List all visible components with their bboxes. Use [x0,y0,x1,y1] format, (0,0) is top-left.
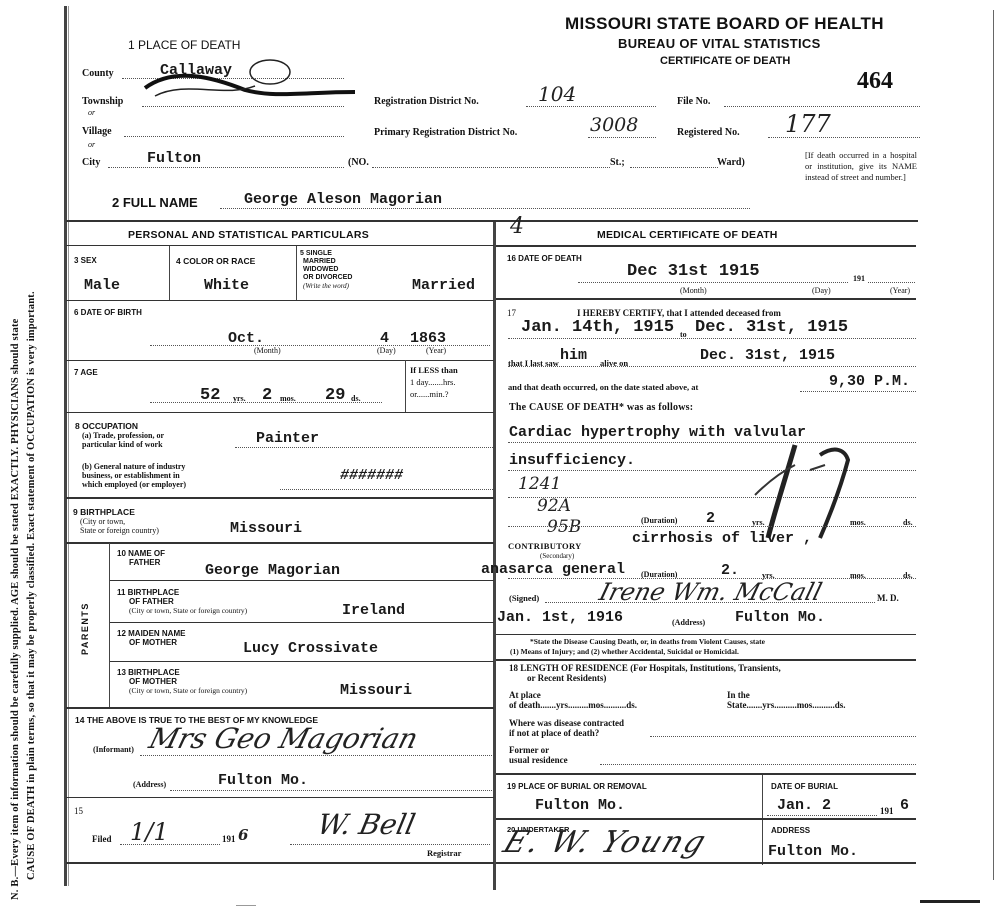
county-label: County [82,68,114,79]
registration-district-line [526,106,656,107]
file-no-label: File No. [677,96,710,107]
margin-mark: 4 [510,214,524,239]
certify-number: 17 [507,308,516,318]
occupation-a-label: (a) Trade, profession, or particular kin… [82,431,164,449]
primary-registration-value: 3008 [590,114,638,136]
month-hint: (Month) [680,286,707,295]
registered-no-value: 177 [785,110,831,138]
duration-years-unit: yrs. [752,518,765,527]
age-days: 29 [325,386,345,405]
occupation-b-line-3: which employed (or employer) [82,480,186,489]
occupation-label: 8 OCCUPATION [75,421,138,431]
mother-birthplace-hint: (City or town, State or foreign country) [117,686,247,695]
divider [496,298,916,300]
cause-label: The CAUSE OF DEATH* was as follows: [509,402,693,413]
contributory-value-2: anasarca general [481,561,625,578]
occupation-b-line [280,489,493,490]
month-hint: (Month) [254,346,281,355]
mother-name-label-2: OF MOTHER [117,638,185,647]
duration-label: (Duration) [641,516,677,525]
mother-birthplace-value: Missouri [340,682,412,699]
divider [496,862,916,864]
date-of-death-value: Dec 31st 1915 [627,262,760,281]
disease-contracted-field: Where was disease contracted if not at p… [509,718,624,738]
undertaker-signature: E. W. Young [499,825,712,860]
informant-address-line [170,790,492,791]
age-months: 2 [262,386,272,405]
birthplace-label: 9 BIRTHPLACE [73,507,135,517]
attended-from-value: Jan. 14th, 1915 [521,318,674,337]
primary-registration-label: Primary Registration District No. [374,127,517,138]
registrar-label: Registrar [427,848,461,858]
filing-number: 15 [74,806,83,816]
divider [66,220,918,222]
year-hint: (Year) [426,346,446,355]
age-years: 52 [200,386,220,405]
signed-date-value: Jan. 1st, 1916 [497,609,623,626]
classification-code-1: 1241 [518,474,561,494]
marital-option-single: 5 SINGLE [300,250,352,258]
marital-option-married: MARRIED [300,258,352,266]
cause-footnote: *State the Disease Causing Death, or, in… [510,637,765,657]
dob-month: Oct. [228,330,264,347]
duration-days-unit: ds. [903,518,913,527]
residence-label: 18 LENGTH OF RESIDENCE (For Hospitals, I… [509,663,781,683]
divider [496,245,916,247]
divider [496,818,916,820]
informant-line [140,755,492,756]
former-residence-line [600,764,916,765]
marital-hint: (Write the word) [300,282,352,290]
burial-place-value: Fulton Mo. [535,797,625,814]
father-birthplace-label-1: 11 BIRTHPLACE [117,588,247,597]
burial-year-prefix: 191 [880,806,894,816]
filed-date-value: 1/1 [130,818,169,846]
divider [169,246,170,300]
filed-year-prefix: 191 [222,834,236,844]
parents-divider [109,543,110,707]
dob-day: 4 [380,330,389,347]
divider [66,797,494,798]
divider [762,775,763,865]
date-of-death-line [578,282,848,283]
registration-district-value: 104 [538,82,576,106]
father-name-label-2: FATHER [117,558,165,567]
street-line [372,167,610,168]
physician-address-label: (Address) [672,618,705,627]
divider [110,580,494,581]
father-name-label-1: 10 NAME OF [117,549,165,558]
street-no-label: (NO. [348,157,369,168]
marital-option-widowed: WIDOWED [300,266,352,274]
secondary-hint: (Secondary) [540,552,574,560]
divider [66,412,494,413]
classification-code-3: 95B [547,517,581,537]
at-place-label-2: of death.......yrs.........mos..........… [509,700,637,710]
registrar-signature: W. Bell [314,808,418,841]
informant-address-label: (Address) [133,780,166,789]
registration-district-label: Registration District No. [374,96,479,107]
cause-value-2: insufficiency. [509,452,635,469]
mother-birthplace-label-2: OF MOTHER [117,677,247,686]
informant-address-value: Fulton Mo. [218,772,308,789]
death-time-line [800,391,916,392]
city-line [108,167,344,168]
year-hint: (Year) [890,286,910,295]
months-unit: mos. [280,394,296,403]
attended-line [508,338,916,339]
in-state-field: In the State.......yrs..........mos.....… [727,690,846,710]
divider [110,622,494,623]
duration-months-unit: mos. [850,518,866,527]
less-than-label: If LESS than [410,364,458,376]
duration-days-unit: ds. [903,571,913,580]
divider [405,360,406,412]
md-label: M. D. [877,593,899,603]
minutes-label: or......min.? [410,388,458,400]
age-label: 7 AGE [74,368,98,377]
filed-year-suffix: 6 [238,826,248,844]
certificate-number: 464 [857,68,893,95]
full-name-value: George Aleson Magorian [244,191,442,208]
township-label: Township [82,96,123,107]
disease-contracted-line [650,736,916,737]
father-name-value: George Magorian [205,562,340,579]
burial-date-value: Jan. 2 [777,797,831,814]
day-hint: (Day) [377,346,396,355]
mother-name-label: 12 MAIDEN NAME OF MOTHER [117,629,185,647]
at-place-label-1: At place [509,690,637,700]
place-of-death-heading: 1 PLACE OF DEATH [128,38,240,52]
death-occurred-text: and that death occurred, on the date sta… [508,382,698,392]
attended-to-value: Dec. 31st, 1915 [695,318,848,337]
duration-value-2: 2. [721,562,739,579]
in-state-label-2: State.......yrs..........mos..........ds… [727,700,846,710]
death-year-line [868,282,915,283]
informant-signature: Mrs Geo Magorian [146,722,422,755]
former-residence-label-1: Former or [509,745,568,755]
parents-label: PARENTS [80,602,90,655]
or-text: or [88,140,95,149]
divider [66,245,494,246]
form-left-border [64,6,67,886]
registrar-line [290,844,490,845]
divider [66,707,494,709]
divider [296,246,297,300]
ward-line [630,167,718,168]
birthplace-hint-1: (City or town, [80,517,159,526]
informant-label: (Informant) [93,745,134,754]
hospital-note: [If death occurred in a hospital or inst… [805,150,917,183]
sex-label: 3 SEX [74,256,97,265]
duration-months-unit: mos. [850,571,866,580]
alive-on-label: alive on [600,358,628,368]
board-title: MISSOURI STATE BOARD OF HEALTH [565,14,884,34]
to-label: to [680,330,687,339]
ward-label: Ward) [717,157,745,168]
dob-year: 1863 [410,330,446,347]
at-place-of-death-field: At place of death.......yrs.........mos.… [509,690,637,710]
occupation-a-line-1: (a) Trade, profession, or [82,431,164,440]
center-divider [493,222,496,890]
cause-value-1: Cardiac hypertrophy with valvular [509,424,806,441]
township-line [142,106,344,107]
form-left-border-inner [68,6,69,886]
day-hint: (Day) [812,286,831,295]
birthplace-hint: (City or town, State or foreign country) [80,517,159,535]
mother-birthplace-label: 13 BIRTHPLACE OF MOTHER (City or town, S… [117,668,247,695]
document-title: CERTIFICATE OF DEATH [660,55,790,67]
county-scribble-mark [135,58,365,108]
side-instructions: N. B.—Every item of information should b… [6,20,46,910]
where-contracted-label-1: Where was disease contracted [509,718,624,728]
date-of-death-label: 16 DATE OF DEATH [507,254,582,263]
scan-artifact [920,900,980,903]
city-label: City [82,157,100,168]
occupation-b-label: (b) General nature of industry business,… [82,462,186,489]
form-right-border [993,10,994,880]
street-label: St.; [610,157,625,168]
race-value: White [204,277,249,294]
classification-code-2: 92A [537,496,571,516]
dob-label: 6 DATE OF BIRTH [74,308,142,317]
father-birthplace-hint: (City or town, State or foreign country) [117,606,247,615]
mother-name-label-1: 12 MAIDEN NAME [117,629,185,638]
divider [66,542,494,544]
divider [66,497,494,499]
certify-text: I HEREBY CERTIFY, that I attended deceas… [577,308,781,318]
divider [496,773,916,775]
last-saw-line [508,366,916,367]
marital-status-label: 5 SINGLE MARRIED WIDOWED OR DIVORCED (Wr… [300,250,352,290]
death-year-prefix: 191 [853,274,865,283]
occupation-a-value: Painter [256,430,319,447]
less-than-day-field: If LESS than 1 day.......hrs. or......mi… [410,364,458,400]
duration-value-1: 2 [706,510,715,527]
father-birthplace-value: Ireland [342,602,405,619]
registered-no-label: Registered No. [677,127,740,138]
mother-birthplace-label-1: 13 BIRTHPLACE [117,668,247,677]
birthplace-hint-2: State or foreign country) [80,526,159,535]
divider [66,360,494,361]
city-value: Fulton [147,150,201,167]
scan-artifact [236,905,256,906]
father-birthplace-label-2: OF FATHER [117,597,247,606]
side-instruction-line-1: N. B.—Every item of information should b… [10,318,21,900]
former-residence-label-2: usual residence [509,755,568,765]
years-unit: yrs. [233,394,246,403]
bureau-title: BUREAU OF VITAL STATISTICS [618,36,821,51]
divider [66,300,494,301]
sex-value: Male [84,277,120,294]
where-contracted-label-2: if not at place of death? [509,728,624,738]
marital-status-value: Married [412,277,475,294]
filed-label: Filed [92,834,112,844]
burial-year-suffix: 6 [900,797,909,814]
former-residence-field: Former or usual residence [509,745,568,765]
divider [66,862,494,864]
physician-signature: Irene Wm. McCall [596,578,825,606]
marital-option-divorced: OR DIVORCED [300,274,352,282]
burial-date-label: DATE OF BURIAL [771,782,838,791]
occupation-a-line-2: particular kind of work [82,440,164,449]
alive-on-value: Dec. 31st, 1915 [700,347,835,364]
undertaker-address-label: ADDRESS [771,826,810,835]
divider [110,661,494,662]
days-unit: ds. [351,394,361,403]
or-text: or [88,108,95,117]
burial-place-label: 19 PLACE OF BURIAL OR REMOVAL [507,782,647,791]
birthplace-value: Missouri [230,520,302,537]
occupation-a-line [235,447,493,448]
side-instruction-line-2: CAUSE OF DEATH in plain terms, so that i… [26,291,37,880]
physician-address-value: Fulton Mo. [735,609,825,626]
father-name-label: 10 NAME OF FATHER [117,549,165,567]
divider [496,659,916,661]
race-label: 4 COLOR OR RACE [176,256,255,266]
primary-registration-line [588,137,656,138]
in-state-label-1: In the [727,690,846,700]
personal-section-title: PERSONAL AND STATISTICAL PARTICULARS [128,229,369,241]
village-label: Village [82,126,112,137]
hours-label: 1 day.......hrs. [410,376,458,388]
full-name-label: 2 FULL NAME [112,195,198,210]
file-no-line [724,106,920,107]
footnote-line-1: *State the Disease Causing Death, or, in… [510,637,765,647]
last-saw-value: him [560,347,587,364]
divider [496,634,916,635]
medical-section-title: MEDICAL CERTIFICATE OF DEATH [597,229,778,241]
residence-label-1: 18 LENGTH OF RESIDENCE (For Hospitals, I… [509,663,781,673]
residence-label-2: or Recent Residents) [509,673,781,683]
occupation-b-line-2: business, or establishment in [82,471,186,480]
full-name-line [220,208,750,209]
contributory-value-1: cirrhosis of liver , [632,530,812,547]
occupation-b-value: ####### [340,467,403,484]
mother-name-value: Lucy Crossivate [243,640,378,657]
contributory-label: CONTRIBUTORY [508,541,582,551]
occupation-b-line-1: (b) General nature of industry [82,462,186,471]
village-line [124,136,344,137]
death-time-value: 9,30 P.M. [829,373,910,390]
undertaker-address-value: Fulton Mo. [768,843,858,860]
footnote-line-2: (1) Means of Injury; and (2) whether Acc… [510,647,765,657]
signed-label: (Signed) [509,593,539,603]
father-birthplace-label: 11 BIRTHPLACE OF FATHER (City or town, S… [117,588,247,615]
burial-date-line [767,815,877,816]
